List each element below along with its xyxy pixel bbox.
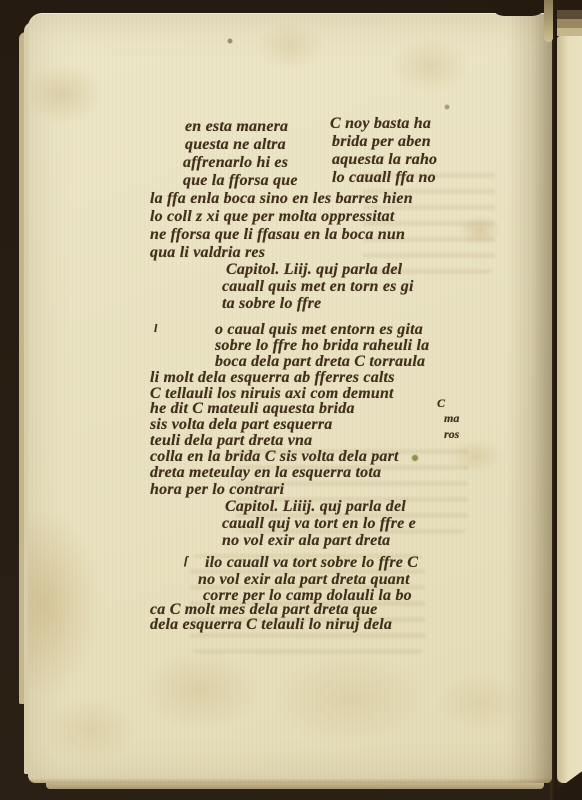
ink-bleedthrough <box>363 162 495 274</box>
right-leaf-edge-band <box>557 10 582 19</box>
manuscript-photo: en esta maneraC noy basta haquesta ne al… <box>0 0 582 800</box>
page-corner-notch <box>490 0 548 16</box>
facing-page-edge <box>557 36 582 783</box>
right-leaf-edge-band <box>557 28 582 36</box>
ink-bleedthrough <box>190 554 425 654</box>
manuscript-page <box>28 13 552 783</box>
page-edge-curl <box>544 0 553 42</box>
ink-bleedthrough <box>236 442 468 534</box>
right-leaf-edge-band <box>557 19 582 28</box>
